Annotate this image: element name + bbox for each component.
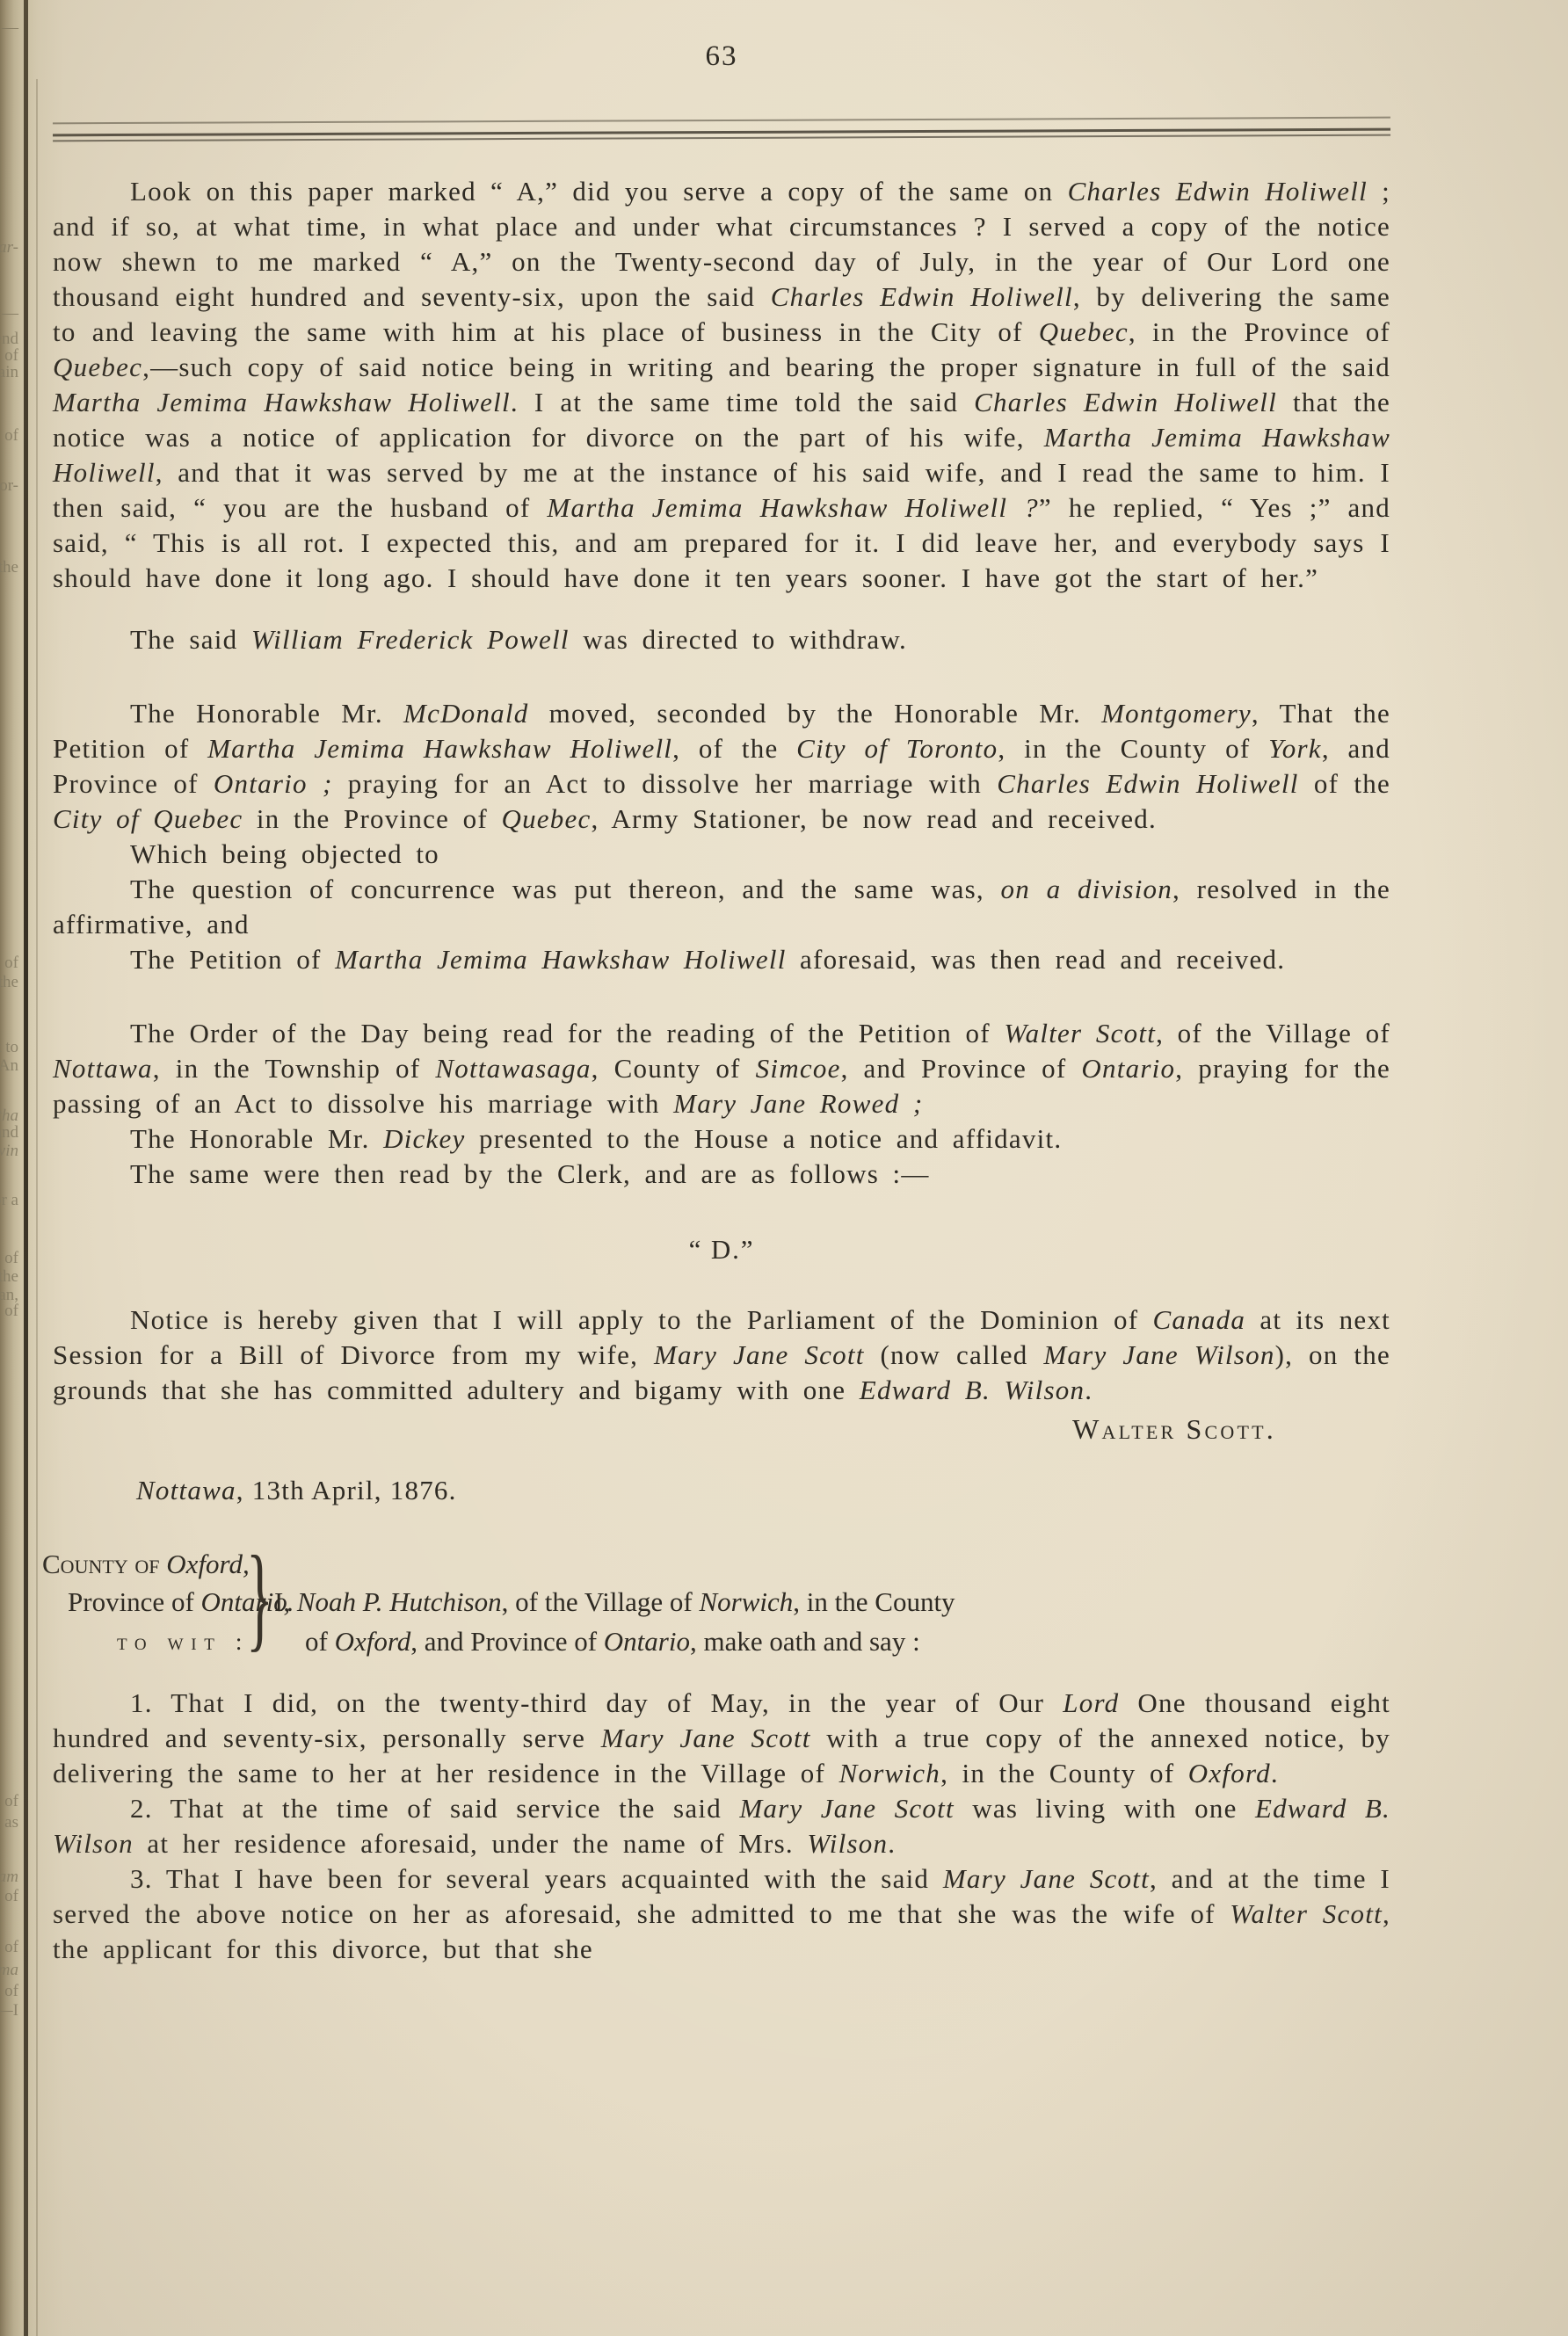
- margin-fragment: car-: [0, 239, 18, 257]
- margin-fragments: —car-l :—tendd oftaint ofcor-they ofthet…: [0, 0, 23, 2336]
- text-segment: Charles Edwin Holiwell: [771, 281, 1073, 312]
- withdraw-line: The said William Frederick Powell was di…: [53, 622, 1390, 657]
- text-segment: Martha Jemima Hawkshaw Holiwell: [335, 944, 786, 975]
- text-segment: at her residence aforesaid, under the na…: [134, 1828, 808, 1859]
- text-segment: 3. That I have been for several years ac…: [130, 1863, 943, 1894]
- mcdonald-motion-paragraph: The Honorable Mr. McDonald moved, second…: [53, 696, 1390, 837]
- text-segment: of the: [1299, 768, 1390, 799]
- margin-fragment: and: [0, 1124, 18, 1142]
- margin-fragment: liam: [0, 1868, 18, 1886]
- dateline: Nottawa, 13th April, 1876.: [136, 1473, 1390, 1508]
- text-segment: aforesaid, was then read and received.: [787, 944, 1286, 975]
- double-rule: [53, 117, 1390, 142]
- text-segment: moved, seconded by the Honorable Mr.: [529, 698, 1102, 729]
- text-segment: Look on this paper marked “ A,” did you …: [130, 176, 1068, 207]
- exhibit-heading: “ D.”: [53, 1232, 1390, 1267]
- text-segment: , Army Stationer, be now read and receiv…: [592, 803, 1157, 834]
- jurat-left-line: to wit :: [117, 1624, 250, 1659]
- text-segment: The same were then read by the Clerk, an…: [130, 1158, 930, 1189]
- text-segment: The said: [130, 624, 251, 655]
- text-segment: Nottawa: [53, 1053, 153, 1084]
- text-segment: Wilson: [807, 1828, 888, 1859]
- text-segment: Norwich: [839, 1758, 940, 1788]
- text-segment: of: [305, 1626, 335, 1657]
- petition-received-paragraph: The Petition of Martha Jemima Hawkshaw H…: [53, 942, 1390, 977]
- margin-fragment: t of: [0, 1250, 18, 1267]
- text-segment: , in the Township of: [153, 1053, 436, 1084]
- objection-line: Which being objected to: [53, 837, 1390, 872]
- jurat-left-line: County of Oxford,: [42, 1547, 250, 1582]
- margin-fragment: dwin: [0, 1143, 18, 1160]
- signature-walter-scott: Walter Scott.: [53, 1411, 1390, 1447]
- text-segment: Quebec: [1039, 316, 1129, 347]
- text-segment: City of Quebec: [53, 803, 243, 834]
- text-segment: , make oath and say :: [690, 1626, 920, 1657]
- text-segment: .: [1085, 1375, 1093, 1405]
- text-segment: Lord: [1063, 1687, 1119, 1718]
- margin-fragment: or a: [0, 1192, 18, 1209]
- page-content: 63 Look on this paper marked “ A,” did y…: [53, 0, 1390, 1967]
- text-segment: , in the Province of: [1129, 316, 1390, 347]
- text-segment: was living with one: [955, 1793, 1255, 1824]
- text-segment: Walter Scott: [1004, 1018, 1156, 1048]
- text-segment: Ontario: [1081, 1053, 1175, 1084]
- margin-fragment: tain: [0, 364, 18, 381]
- margin-fragment: d as: [0, 1814, 18, 1832]
- division-paragraph: The question of concurrence was put ther…: [53, 872, 1390, 942]
- text-segment: Which being objected to: [130, 838, 439, 869]
- text-segment: Charles Edwin Holiwell: [1068, 176, 1368, 207]
- text-segment: , of the Village of: [1156, 1018, 1390, 1048]
- text-segment: Norwich: [699, 1586, 793, 1617]
- affidavit-item-1: 1. That I did, on the twenty-third day o…: [53, 1686, 1390, 1791]
- text-segment: Oxford: [1188, 1758, 1271, 1788]
- text-segment: Mary Jane Scott: [654, 1339, 865, 1370]
- text-segment: Mary Jane Scott: [943, 1863, 1150, 1894]
- text-segment: , and Province of: [841, 1053, 1082, 1084]
- margin-fragment: the: [0, 1268, 18, 1286]
- text-segment: Montgomery: [1101, 698, 1252, 729]
- margin-fragment: e of: [0, 1939, 18, 1956]
- margin-fragment: tend: [0, 330, 18, 348]
- text-segment: The Honorable Mr.: [130, 1123, 383, 1154]
- text-segment: Mary Jane Wilson: [1043, 1339, 1274, 1370]
- text-segment: , of the Village of: [502, 1586, 700, 1617]
- margin-fragment: cor-: [0, 477, 18, 495]
- text-segment: The Order of the Day being read for the …: [130, 1018, 1004, 1048]
- margin-fragment: ?—I: [0, 2002, 18, 2020]
- text-segment: Oxford: [335, 1626, 411, 1657]
- margin-fragment: t of: [0, 1983, 18, 2000]
- affidavit-item-2: 2. That at the time of said service the …: [53, 1791, 1390, 1861]
- text-segment: Mary Jane Rowed ;: [673, 1088, 923, 1119]
- text-segment: Martha Jemima Hawkshaw Holiwell: [53, 387, 511, 417]
- margin-fragment: the: [0, 974, 18, 991]
- jurat-brace: }: [246, 1538, 273, 1656]
- margin-fragment: —: [2, 19, 18, 37]
- text-segment: Edward B. Wilson: [860, 1375, 1085, 1405]
- text-segment: Notice is hereby given that I will apply…: [130, 1304, 1152, 1335]
- text-segment: (now called: [865, 1339, 1044, 1370]
- qa-answer-paragraph: Look on this paper marked “ A,” did you …: [53, 174, 1390, 596]
- text-segment: The question of concurrence was put ther…: [130, 874, 1001, 904]
- dickey-line: The Honorable Mr. Dickey presented to th…: [53, 1121, 1390, 1157]
- text-segment: 1. That I did, on the twenty-third day o…: [130, 1687, 1063, 1718]
- text-segment: William Frederick Powell: [251, 624, 570, 655]
- text-segment: , County of: [592, 1053, 756, 1084]
- text-segment: McDonald: [403, 698, 529, 729]
- margin-fragment: ‘An: [0, 1057, 18, 1075]
- scanned-book-page: { "meta": { "colors": { "paper": "#e6dcc…: [0, 0, 1568, 2336]
- text-segment: Dickey: [383, 1123, 465, 1154]
- text-segment: .: [888, 1828, 896, 1859]
- text-segment: City of Toronto: [796, 733, 998, 764]
- page-edge-line: [36, 79, 38, 2336]
- text-segment: Noah P. Hutchison: [297, 1586, 502, 1617]
- text-segment: County of: [42, 1549, 166, 1579]
- text-segment: Canada: [1152, 1304, 1245, 1335]
- text-segment: Mary Jane Scott: [601, 1723, 811, 1753]
- order-of-day-paragraph: The Order of the Day being read for the …: [53, 1016, 1390, 1121]
- margin-fragment: nima: [0, 1962, 18, 1979]
- text-segment: Quebec: [501, 803, 591, 834]
- document-body: Look on this paper marked “ A,” did you …: [53, 174, 1390, 1967]
- margin-fragment: t to: [0, 1039, 18, 1056]
- text-segment: The Petition of: [130, 944, 335, 975]
- text-segment: , in the County of: [940, 1758, 1188, 1788]
- text-segment: Quebec: [53, 352, 142, 382]
- text-segment: , and Province of: [410, 1626, 604, 1657]
- margin-fragment: t of: [0, 427, 18, 445]
- margin-fragment: d of: [0, 347, 18, 365]
- text-segment: ,—such copy of said notice being in writ…: [142, 352, 1390, 382]
- jurat-right-line: of Oxford, and Province of Ontario, make…: [305, 1624, 920, 1659]
- text-segment: Mary Jane Scott: [739, 1793, 955, 1824]
- text-segment: Province of: [68, 1586, 201, 1617]
- text-segment: praying for an Act to dissolve her marri…: [333, 768, 998, 799]
- text-segment: Martha Jemima Hawkshaw Holiwell ?: [547, 492, 1038, 523]
- text-segment: Charles Edwin Holiwell: [974, 387, 1277, 417]
- text-segment: Ontario: [604, 1626, 690, 1657]
- text-segment: on a division: [1001, 874, 1173, 904]
- text-segment: , in the County: [793, 1586, 955, 1617]
- text-segment: .: [1271, 1758, 1279, 1788]
- text-segment: Walter Scott: [1230, 1898, 1383, 1929]
- text-segment: The Honorable Mr.: [130, 698, 403, 729]
- text-segment: , of the: [672, 733, 796, 764]
- text-segment: 2. That at the time of said service the …: [130, 1793, 739, 1824]
- gutter-binding-line: [24, 0, 28, 2336]
- margin-fragment: l :—: [0, 305, 18, 323]
- text-segment: to wit :: [117, 1629, 250, 1655]
- text-segment: I,: [274, 1586, 297, 1617]
- margin-fragment: e of: [0, 1888, 18, 1905]
- text-segment: presented to the House a notice and affi…: [466, 1123, 1063, 1154]
- rule-line-thin: [53, 117, 1390, 125]
- margin-fragment: the: [0, 559, 18, 577]
- text-segment: Simcoe: [756, 1053, 841, 1084]
- text-segment: York: [1268, 733, 1322, 764]
- text-segment: Oxford,: [166, 1549, 249, 1579]
- jurat-block: County of Oxford,Province of Ontario.to …: [53, 1547, 1390, 1665]
- text-segment: Charles Edwin Holiwell: [997, 768, 1298, 799]
- text-segment: . I at the same time told the said: [511, 387, 974, 417]
- margin-fragment: e of: [0, 1302, 18, 1320]
- margin-fragment: y of: [0, 954, 18, 972]
- text-segment: Martha Jemima Hawkshaw Holiwell: [207, 733, 672, 764]
- text-segment: in the Province of: [243, 803, 501, 834]
- margin-fragment: y of: [0, 1793, 18, 1810]
- clerk-line: The same were then read by the Clerk, an…: [53, 1157, 1390, 1192]
- margin-fragment: rtha: [0, 1107, 18, 1125]
- text-segment: Ontario ;: [214, 768, 333, 799]
- text-segment: , in the County of: [998, 733, 1268, 764]
- page-number: 63: [53, 0, 1390, 74]
- jurat-right-line: I, Noah P. Hutchison, of the Village of …: [274, 1585, 955, 1620]
- affidavit-item-3: 3. That I have been for several years ac…: [53, 1861, 1390, 1967]
- text-segment: was directed to withdraw.: [570, 624, 907, 655]
- text-segment: , 13th April, 1876.: [236, 1475, 457, 1505]
- text-segment: Nottawa: [136, 1475, 236, 1505]
- notice-paragraph: Notice is hereby given that I will apply…: [53, 1302, 1390, 1408]
- text-segment: Nottawasaga: [435, 1053, 591, 1084]
